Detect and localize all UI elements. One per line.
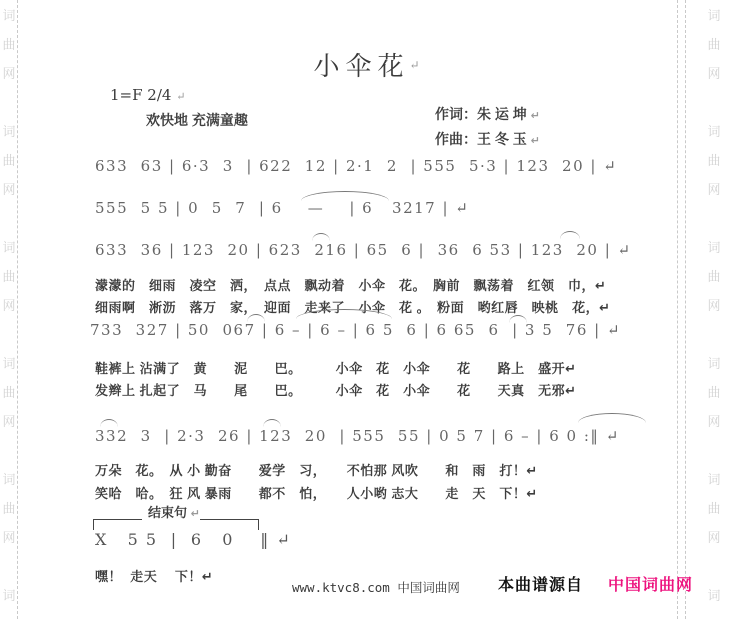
lyrics-verse2-line3: 笑哈 哈。 狂 风 暴雨 都不 怕， 人小哟 志大 走 天 下！↵	[95, 483, 538, 502]
key-time-signature: 1=F 2/4 ↵	[110, 86, 185, 104]
return-mark: ↵	[191, 508, 200, 520]
score-page: 词 曲 网 词 曲 网 词 曲 网 词 曲 网 词 曲 网 词 词 曲 网 词 …	[0, 0, 733, 619]
ending-label-text: 结束句	[148, 505, 187, 520]
lyricist-credit: 作词：朱 运 坤 ↵	[435, 104, 540, 124]
ending-phrase-label: 结束句 ↵	[148, 502, 200, 521]
tempo-marking: 欢快地 充满童趣	[146, 110, 248, 130]
left-dashed-rule	[17, 0, 18, 619]
song-title: 小伞花↵	[0, 46, 733, 83]
footer-source-label: 本曲谱源自	[498, 572, 583, 595]
footer-site-url: www.ktvc8.com 中国词曲网	[292, 578, 460, 596]
slur-arc	[312, 233, 330, 241]
return-mark: ↵	[531, 110, 540, 122]
lyrics-verse1-line2: 鞋裤上 沾满了 黄 泥 巴。 小伞 花 小伞 花 路上 盛开↵	[95, 358, 577, 377]
tie-arc	[301, 191, 389, 201]
return-mark: ↵	[176, 90, 185, 103]
composer-text: 作曲：王 冬 玉	[435, 131, 527, 147]
right-watermark: 词 曲 网 词 曲 网 词 曲 网 词 曲 网 词 曲 网 词	[706, 2, 722, 611]
tie-arc	[578, 413, 646, 423]
lyrics-verse1-line1: 濛濛的 细雨 凌空 洒， 点点 飘动着 小伞 花。 胸前 飘荡着 红领 巾，↵	[95, 275, 606, 294]
composer-credit: 作曲：王 冬 玉 ↵	[435, 129, 540, 149]
notation-line-4: 733 327 | 50 067 | 6 – | 6 – | 6 5 6 | 6…	[90, 321, 621, 339]
ending-bracket-right	[200, 519, 259, 530]
notation-line-3: 633 36 | 123 20 | 623 216 | 65 6 | 36 6 …	[95, 241, 632, 259]
notation-line-5: 332 3 | 2·3 26 | 123 20 | 555 55 | 0 5 7…	[95, 427, 620, 445]
right-dashed-rule-inner	[685, 0, 686, 619]
lyrics-ending-line: 嘿！ 走天 下！↵	[95, 566, 213, 585]
song-title-text: 小伞花	[313, 52, 409, 82]
lyrics-verse1-line3: 万朵 花。 从 小 勤奋 爱学 习， 不怕那 风吹 和 雨 打！↵	[95, 460, 538, 479]
notation-ending-line: X 5 5 | 6 0 ‖ ↵	[95, 530, 291, 549]
slur-arc	[263, 419, 281, 427]
return-mark: ↵	[531, 135, 540, 147]
slur-arc	[509, 315, 527, 323]
key-time-text: 1=F 2/4	[110, 86, 171, 104]
notation-line-2: 555 5 5 | 0 5 7 | 6 — | 6 3217 | ↵	[95, 199, 469, 217]
right-dashed-rule-outer	[677, 0, 678, 619]
left-watermark: 词 曲 网 词 曲 网 词 曲 网 词 曲 网 词 曲 网 词	[1, 2, 17, 611]
return-mark: ↵	[409, 58, 419, 72]
notation-line-1: 633 63 | 6·3 3 | 622 12 | 2·1 2 | 555 5·…	[95, 157, 617, 175]
lyrics-verse2-line2: 发辫上 扎起了 马 尾 巴。 小伞 花 小伞 花 天真 无邪↵	[95, 380, 577, 399]
ending-bracket-left	[93, 519, 142, 530]
lyricist-text: 作词：朱 运 坤	[435, 106, 527, 122]
footer-source-site: 中国词曲网	[608, 572, 693, 595]
slur-arc	[560, 231, 580, 239]
slur-arc	[100, 419, 118, 427]
